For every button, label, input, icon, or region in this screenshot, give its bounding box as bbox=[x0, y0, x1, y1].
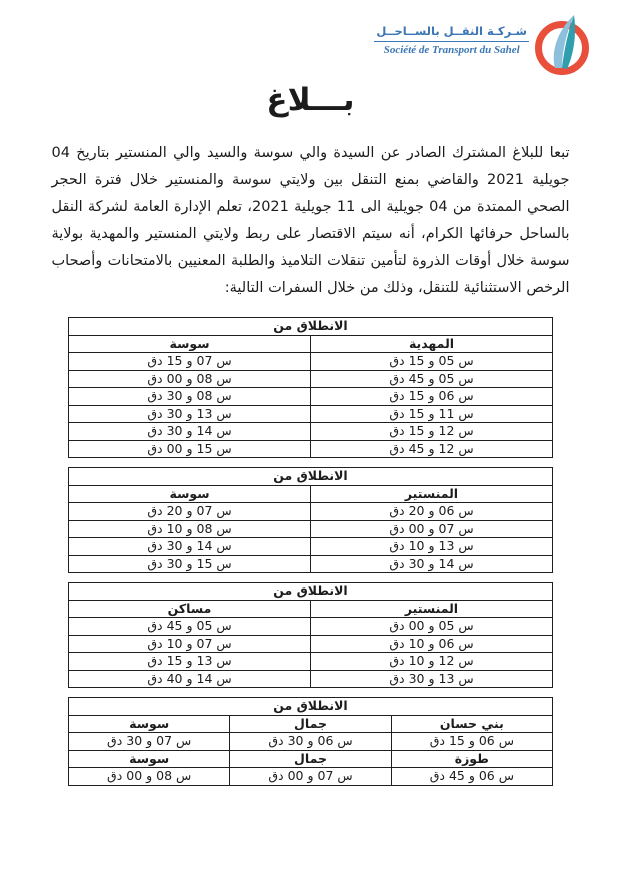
time-row: س 12 و 45 دق س 15 و 00 دق bbox=[69, 440, 553, 458]
notice-paragraph: تبعا للبلاغ المشترك الصادر عن السيدة وال… bbox=[52, 140, 570, 302]
time-cell: س 12 و 10 دق bbox=[311, 653, 553, 671]
table-title-cell: الانطلاق من bbox=[69, 583, 553, 601]
time-row: س 14 و 30 دق س 15 و 30 دق bbox=[69, 555, 553, 573]
column-header-monastir: المنستير bbox=[311, 485, 553, 503]
time-cell: س 07 و 00 دق bbox=[311, 520, 553, 538]
column-header-row: المنستير سوسة bbox=[69, 485, 553, 503]
departure-table-monastir-msaken: الانطلاق من المنستير مساكن س 05 و 00 دق … bbox=[68, 582, 553, 688]
time-row: س 05 و 45 دق س 08 و 00 دق bbox=[69, 370, 553, 388]
column-header-jemmal: جمال bbox=[230, 715, 391, 733]
time-cell: س 14 و 30 دق bbox=[69, 423, 311, 441]
time-cell: س 06 و 15 دق bbox=[391, 733, 552, 751]
departure-table-monastir-sousse: الانطلاق من المنستير سوسة س 06 و 20 دق س… bbox=[68, 467, 553, 573]
time-cell: س 15 و 00 دق bbox=[69, 440, 311, 458]
company-logo: شـركـة النقــل بالســاحــل Société de Tr… bbox=[374, 12, 591, 76]
time-row: س 06 و 15 دق س 08 و 30 دق bbox=[69, 388, 553, 406]
time-cell: س 07 و 20 دق bbox=[69, 503, 311, 521]
column-header-msaken: مساكن bbox=[69, 600, 311, 618]
departure-table-bnihassen-touza-jemmal-sousse: الانطلاق من بني حسان جمال سوسة س 06 و 15… bbox=[68, 697, 553, 786]
notice-page: شـركـة النقــل بالســاحــل Société de Tr… bbox=[0, 0, 621, 878]
time-cell: س 05 و 45 دق bbox=[69, 618, 311, 636]
time-cell: س 06 و 20 دق bbox=[311, 503, 553, 521]
column-header-row: المنستير مساكن bbox=[69, 600, 553, 618]
time-cell: س 12 و 15 دق bbox=[311, 423, 553, 441]
company-name-arabic: شـركـة النقــل بالســاحــل bbox=[374, 24, 529, 42]
time-cell: س 06 و 10 دق bbox=[311, 635, 553, 653]
time-cell: س 14 و 30 دق bbox=[69, 538, 311, 556]
time-row: س 06 و 20 دق س 07 و 20 دق bbox=[69, 503, 553, 521]
table-header-row: الانطلاق من bbox=[69, 318, 553, 336]
company-name-french: Société de Transport du Sahel bbox=[374, 42, 529, 56]
time-cell: س 05 و 15 دق bbox=[311, 353, 553, 371]
column-header-sousse: سوسة bbox=[69, 335, 311, 353]
time-row: س 06 و 15 دق س 06 و 30 دق س 07 و 30 دق bbox=[69, 733, 553, 751]
column-header-bni-hassen: بني حسان bbox=[391, 715, 552, 733]
company-logo-text: شـركـة النقــل بالســاحــل Société de Tr… bbox=[374, 24, 529, 56]
time-cell: س 14 و 40 دق bbox=[69, 670, 311, 688]
table-title-cell: الانطلاق من bbox=[69, 468, 553, 486]
time-row: س 12 و 15 دق س 14 و 30 دق bbox=[69, 423, 553, 441]
time-cell: س 13 و 30 دق bbox=[311, 670, 553, 688]
time-cell: س 05 و 45 دق bbox=[311, 370, 553, 388]
time-cell: س 08 و 10 دق bbox=[69, 520, 311, 538]
column-header-row: بني حسان جمال سوسة bbox=[69, 715, 553, 733]
time-row: س 06 و 45 دق س 07 و 00 دق س 08 و 00 دق bbox=[69, 768, 553, 786]
time-cell: س 05 و 00 دق bbox=[311, 618, 553, 636]
table-title-cell: الانطلاق من bbox=[69, 318, 553, 336]
time-cell: س 11 و 15 دق bbox=[311, 405, 553, 423]
departure-table-mahdia-sousse: الانطلاق من المهدية سوسة س 05 و 15 دق س … bbox=[68, 317, 553, 458]
table-header-row: الانطلاق من bbox=[69, 583, 553, 601]
sail-circle-logo-icon bbox=[533, 12, 591, 76]
table-header-row: الانطلاق من bbox=[69, 468, 553, 486]
time-row: س 12 و 10 دق س 13 و 15 دق bbox=[69, 653, 553, 671]
column-header-jemmal: جمال bbox=[230, 750, 391, 768]
column-header-sousse: سوسة bbox=[69, 715, 230, 733]
table-header-row: الانطلاق من bbox=[69, 698, 553, 716]
column-header-sousse: سوسة bbox=[69, 485, 311, 503]
time-cell: س 07 و 15 دق bbox=[69, 353, 311, 371]
time-cell: س 08 و 00 دق bbox=[69, 768, 230, 786]
column-header-sousse: سوسة bbox=[69, 750, 230, 768]
time-row: س 05 و 15 دق س 07 و 15 دق bbox=[69, 353, 553, 371]
time-row: س 07 و 00 دق س 08 و 10 دق bbox=[69, 520, 553, 538]
column-header-row: طوزة جمال سوسة bbox=[69, 750, 553, 768]
time-cell: س 06 و 30 دق bbox=[230, 733, 391, 751]
time-cell: س 08 و 30 دق bbox=[69, 388, 311, 406]
time-cell: س 07 و 00 دق bbox=[230, 768, 391, 786]
table-title-cell: الانطلاق من bbox=[69, 698, 553, 716]
time-row: س 13 و 30 دق س 14 و 40 دق bbox=[69, 670, 553, 688]
time-cell: س 06 و 45 دق bbox=[391, 768, 552, 786]
time-cell: س 13 و 10 دق bbox=[311, 538, 553, 556]
column-header-monastir: المنستير bbox=[311, 600, 553, 618]
time-cell: س 07 و 10 دق bbox=[69, 635, 311, 653]
time-cell: س 08 و 00 دق bbox=[69, 370, 311, 388]
time-row: س 11 و 15 دق س 13 و 30 دق bbox=[69, 405, 553, 423]
time-cell: س 13 و 15 دق bbox=[69, 653, 311, 671]
column-header-touza: طوزة bbox=[391, 750, 552, 768]
time-cell: س 12 و 45 دق bbox=[311, 440, 553, 458]
time-cell: س 15 و 30 دق bbox=[69, 555, 311, 573]
time-cell: س 06 و 15 دق bbox=[311, 388, 553, 406]
time-row: س 06 و 10 دق س 07 و 10 دق bbox=[69, 635, 553, 653]
time-cell: س 07 و 30 دق bbox=[69, 733, 230, 751]
time-row: س 05 و 00 دق س 05 و 45 دق bbox=[69, 618, 553, 636]
time-cell: س 13 و 30 دق bbox=[69, 405, 311, 423]
column-header-row: المهدية سوسة bbox=[69, 335, 553, 353]
time-cell: س 14 و 30 دق bbox=[311, 555, 553, 573]
time-row: س 13 و 10 دق س 14 و 30 دق bbox=[69, 538, 553, 556]
column-header-mahdia: المهدية bbox=[311, 335, 553, 353]
